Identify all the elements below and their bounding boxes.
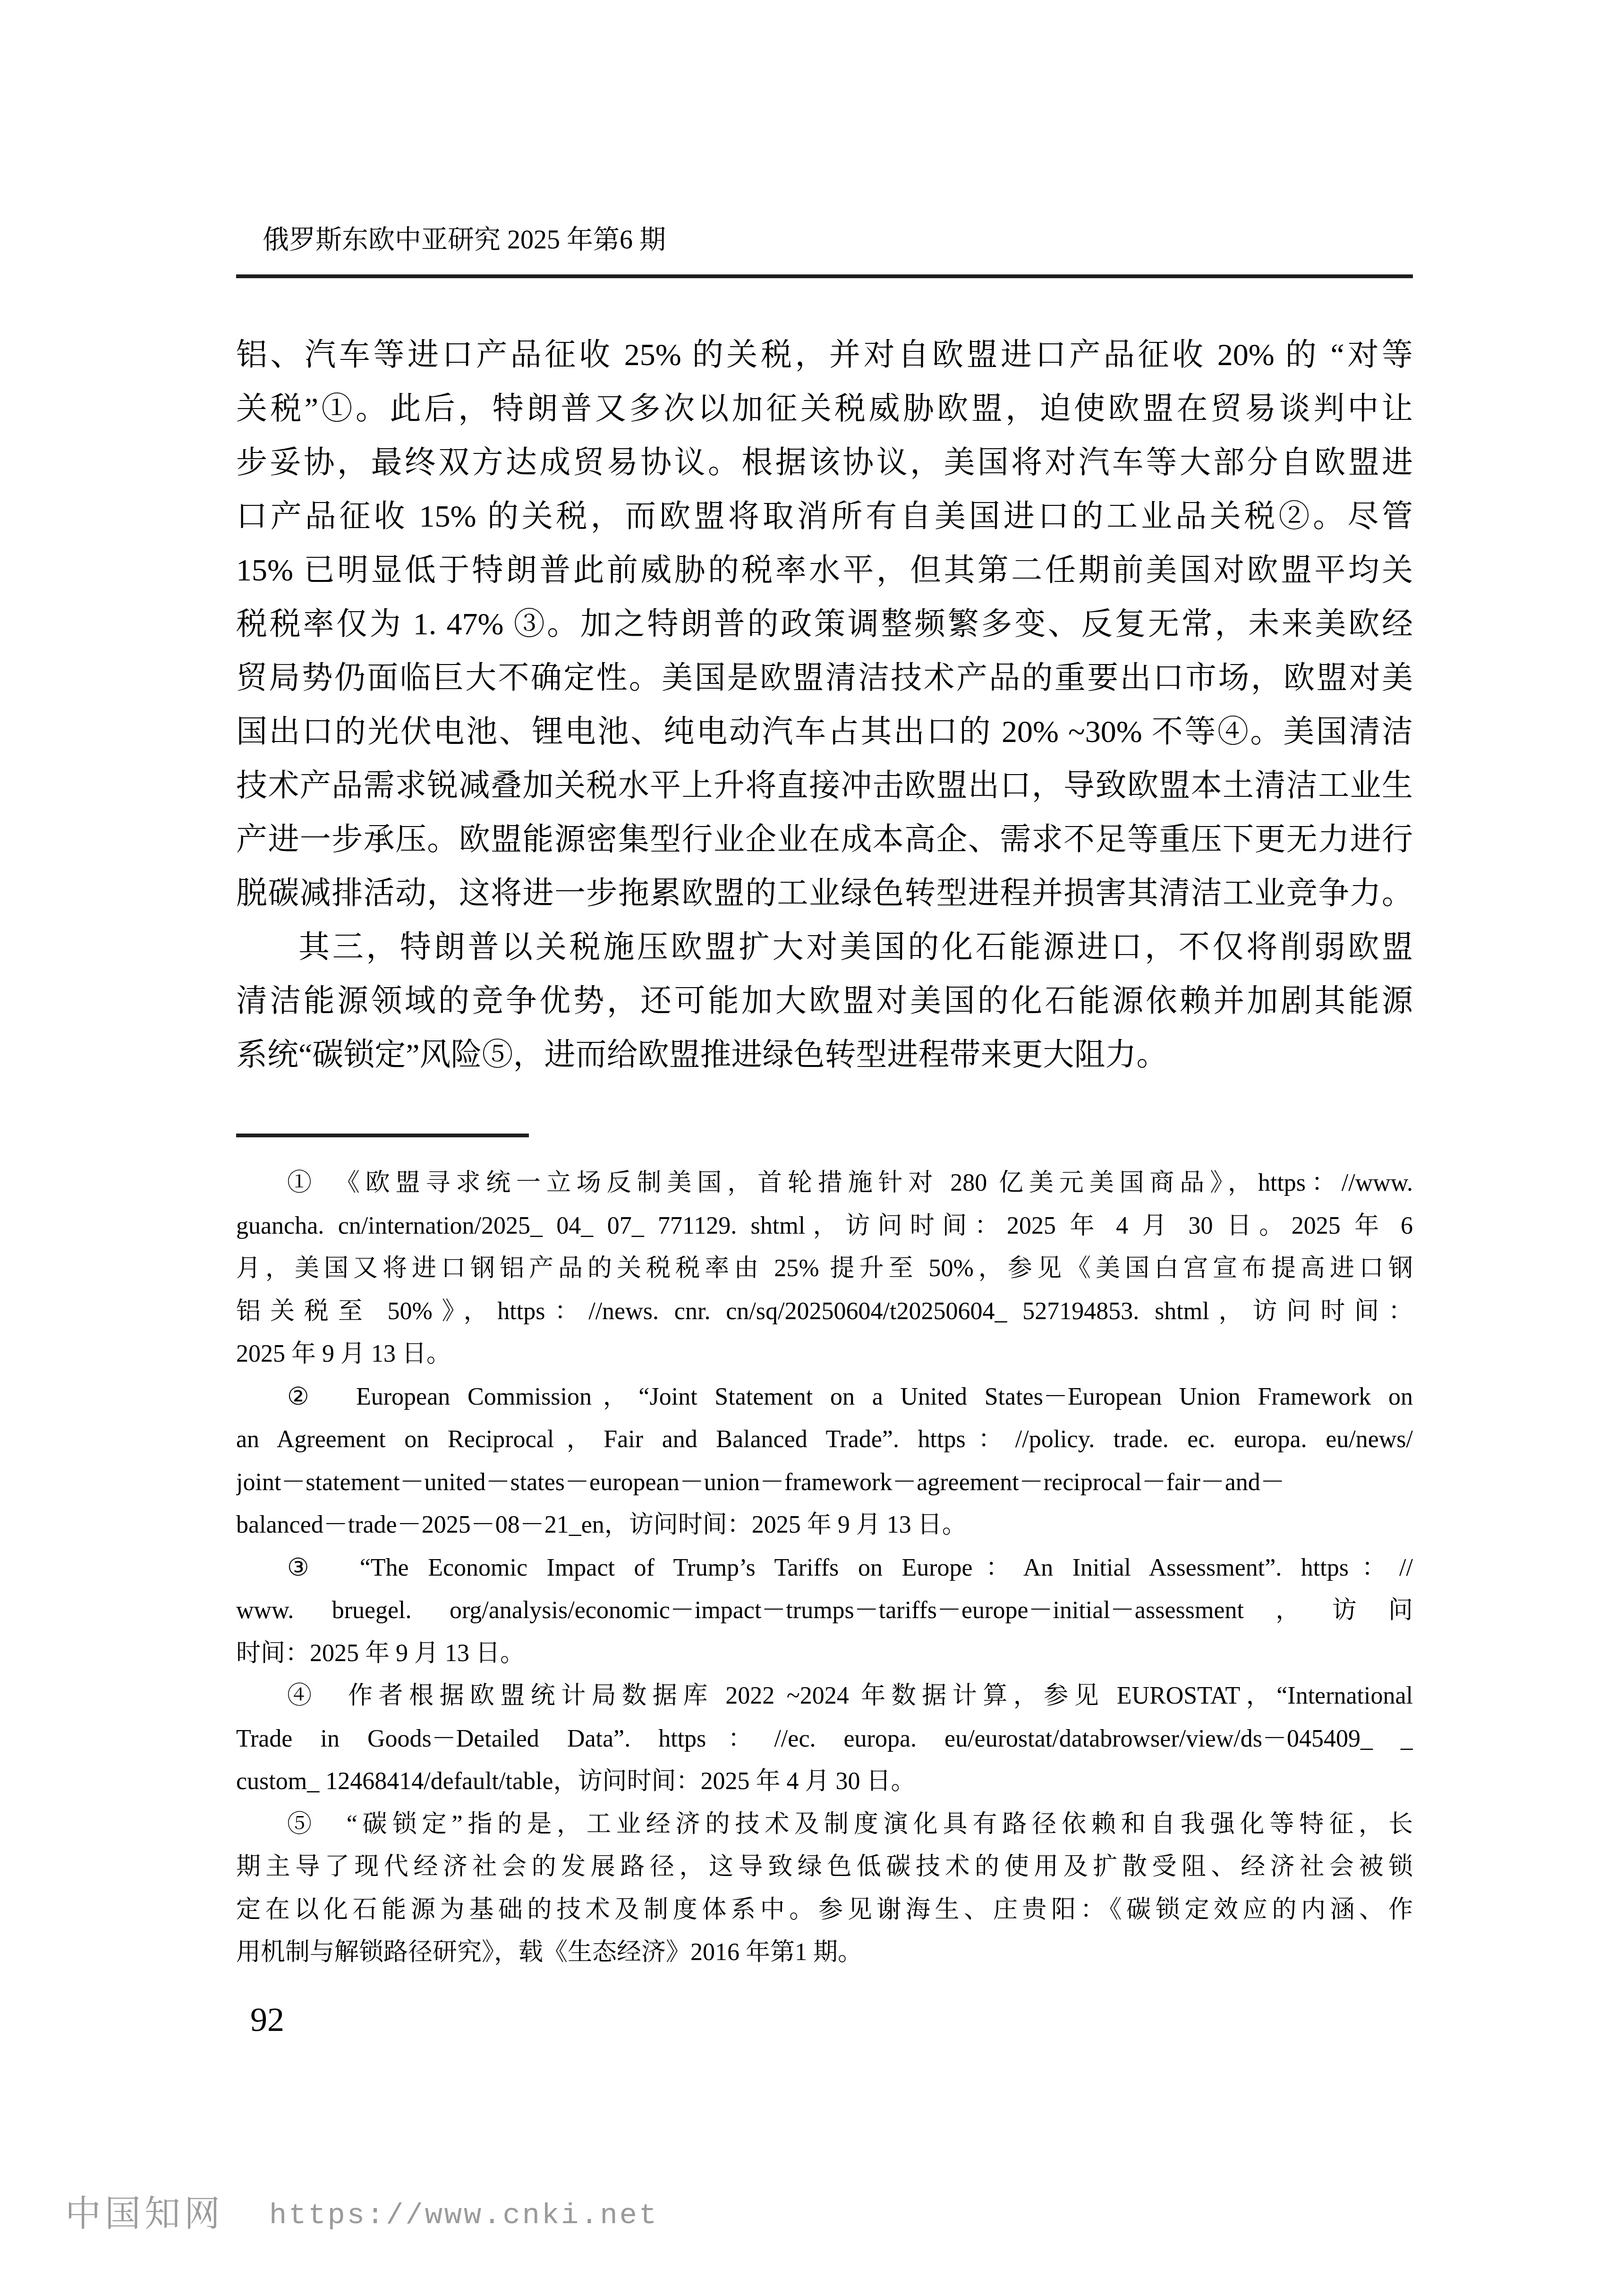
- footnote-2-line-1: ② European Commission，“Joint Statement o…: [236, 1379, 1413, 1420]
- journal-header: 俄罗斯东欧中亚研究 2025 年第6 期: [263, 226, 666, 255]
- footnote-3-line-2: www. bruegel. org/analysis/economic－impa…: [236, 1592, 1413, 1634]
- footnote-1-line-5: 2025 年 9 月 13 日。: [236, 1336, 1413, 1377]
- body-line-13: 清洁能源领域的竞争优势，还可能加大欧盟对美国的化石能源依赖并加剧其能源: [236, 978, 1413, 1031]
- footnote-3-line-1: ③ “The Economic Impact of Trump’s Tariff…: [236, 1550, 1413, 1591]
- footnote-1-line-1: ① 《欧盟寻求统一立场反制美国，首轮措施针对 280 亿美元美国商品》，http…: [236, 1165, 1413, 1206]
- footnote-4-line-3: custom_ 12468414/default/table，访问时间：2025…: [236, 1763, 1413, 1805]
- watermark-url: https://www.cnki.net: [269, 2201, 658, 2230]
- footnote-2-line-4: balanced－trade－2025－08－21_en，访问时间：2025 年…: [236, 1507, 1413, 1548]
- body-line-8: 国出口的光伏电池、锂电池、纯电动汽车占其出口的 20% ~30% 不等④。美国清…: [236, 708, 1413, 761]
- footnote-2-line-2: an Agreement on Reciprocal，Fair and Bala…: [236, 1421, 1413, 1463]
- watermark-site-name: 中国知网: [65, 2196, 224, 2232]
- body-line-10: 产进一步承压。欧盟能源密集型行业企业在成本高企、需求不足等重压下更无力进行: [236, 816, 1413, 869]
- body-line-7: 贸局势仍面临巨大不确定性。美国是欧盟清洁技术产品的重要出口市场，欧盟对美: [236, 655, 1413, 708]
- footnote-5-line-2: 期主导了现代经济社会的发展路径，这导致绿色低碳技术的使用及扩散受阻、经济社会被锁: [236, 1849, 1413, 1890]
- footnote-4-line-2: Trade in Goods－Detailed Data”. https：//e…: [236, 1721, 1413, 1762]
- footnote-5-line-1: ⑤ “碳锁定”指的是，工业经济的技术及制度演化具有路径依赖和自我强化等特征，长: [236, 1806, 1413, 1848]
- body-line-3: 步妥协，最终双方达成贸易协议。根据该协议，美国将对汽车等大部分自欧盟进: [236, 439, 1413, 492]
- body-line-6: 税税率仅为 1. 47% ③。加之特朗普的政策调整频繁多变、反复无常，未来美欧经: [236, 601, 1413, 654]
- body-line-5: 15% 已明显低于特朗普此前威胁的税率水平，但其第二任期前美国对欧盟平均关: [236, 547, 1413, 600]
- footnote-5-line-4: 用机制与解锁路径研究》，载《生态经济》2016 年第1 期。: [236, 1934, 1413, 1976]
- footnote-1-line-2: guancha. cn/internation/2025_ 04_ 07_ 77…: [236, 1208, 1413, 1249]
- body-line-12: 其三，特朗普以关税施压欧盟扩大对美国的化石能源进口，不仅将削弱欧盟: [236, 924, 1413, 977]
- footnote-3-line-3: 时间：2025 年 9 月 13 日。: [236, 1635, 1413, 1677]
- body-line-2: 关税”①。此后，特朗普又多次以加征关税威胁欧盟，迫使欧盟在贸易谈判中让: [236, 385, 1413, 438]
- footnote-separator: [236, 1134, 529, 1137]
- body-line-9: 技术产品需求锐减叠加关税水平上升将直接冲击欧盟出口，导致欧盟本土清洁工业生: [236, 762, 1413, 815]
- footnote-1-line-4: 铝关税至 50%》，https：//news. cnr. cn/sq/20250…: [236, 1293, 1413, 1335]
- body-line-11: 脱碳减排活动，这将进一步拖累欧盟的工业绿色转型进程并损害其清洁工业竞争力。: [236, 870, 1413, 923]
- journal-page: 俄罗斯东欧中亚研究 2025 年第6 期 铝、汽车等进口产品征收 25% 的关税…: [0, 0, 1624, 2294]
- body-line-14: 系统“碳锁定”风险⑤，进而给欧盟推进绿色转型进程带来更大阻力。: [236, 1032, 1413, 1084]
- footnote-2-line-3: joint－statement－united－states－european－u…: [236, 1464, 1413, 1506]
- footnote-4-line-1: ④ 作者根据欧盟统计局数据库 2022 ~2024 年数据计算，参见 EUROS…: [236, 1678, 1413, 1719]
- body-line-1: 铝、汽车等进口产品征收 25% 的关税，并对自欧盟进口产品征收 20% 的 “对…: [236, 332, 1413, 384]
- body-line-4: 口产品征收 15% 的关税，而欧盟将取消所有自美国进口的工业品关税②。尽管: [236, 493, 1413, 546]
- footnote-5-line-3: 定在以化石能源为基础的技术及制度体系中。参见谢海生、庄贵阳：《碳锁定效应的内涵、…: [236, 1892, 1413, 1933]
- header-rule: [236, 274, 1413, 278]
- page-number: 92: [250, 2003, 284, 2037]
- footnote-1-line-3: 月，美国又将进口钢铝产品的关税税率由 25% 提升至 50%，参见《美国白宫宣布…: [236, 1250, 1413, 1292]
- cnki-watermark: 中国知网 https://www.cnki.net: [0, 2192, 756, 2258]
